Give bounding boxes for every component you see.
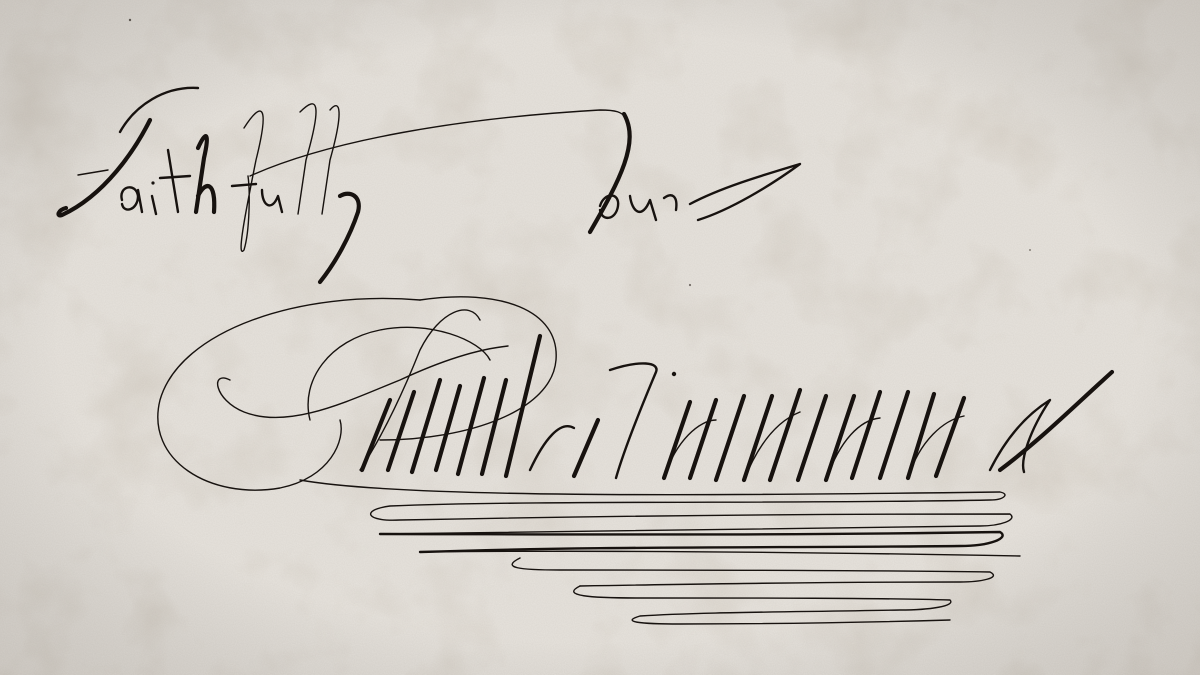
paper-vignette — [0, 0, 1200, 675]
signature-photo: Faithfully Yours Charles Dickens — [0, 0, 1200, 675]
paper-sheet — [0, 0, 1200, 675]
